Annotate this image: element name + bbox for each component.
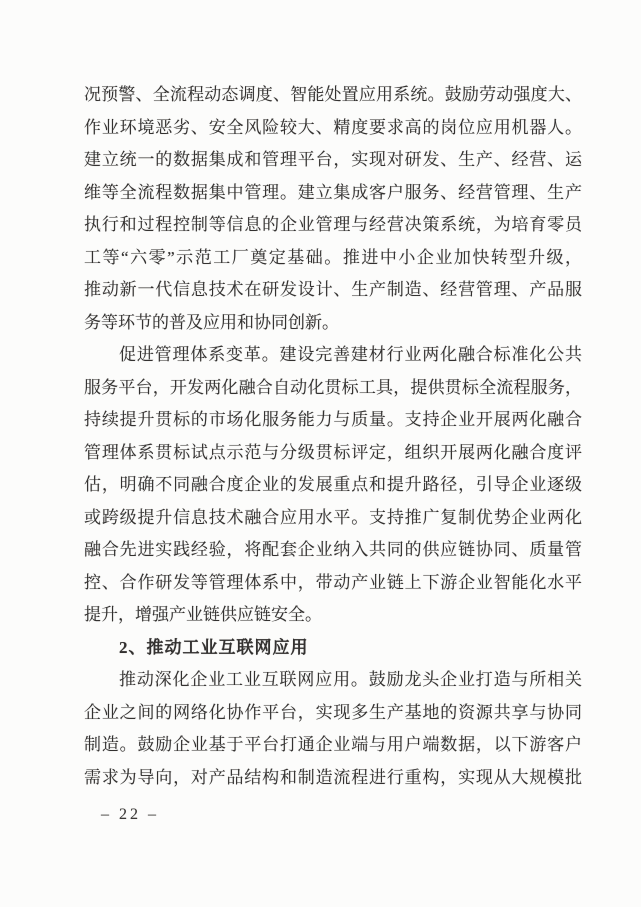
page-footer: – 22 – <box>101 806 159 824</box>
text-line: 务等环节的普及应用和协同创新。 <box>84 307 582 340</box>
text-line: 持续提升贯标的市场化服务能力与质量。支持企业开展两化融合 <box>84 404 582 437</box>
text-line: 制造。鼓励企业基于平台打通企业端与用户端数据，以下游客户 <box>84 729 582 762</box>
text-line: 推动新一代信息技术在研发设计、生产制造、经营管理、产品服 <box>84 274 582 307</box>
section-heading: 2、推动工业互联网应用 <box>84 632 582 665</box>
text-line: 建立统一的数据集成和管理平台，实现对研发、生产、经营、运 <box>84 144 582 177</box>
text-line: 推动深化企业工业互联网应用。鼓励龙头企业打造与所相关 <box>84 664 582 697</box>
text-line: 管理体系贯标试点示范与分级贯标评定，组织开展两化融合度评 <box>84 437 582 470</box>
text-line: 融合先进实践经验，将配套企业纳入共同的供应链协同、质量管 <box>84 534 582 567</box>
text-line: 执行和过程控制等信息的企业管理与经营决策系统，为培育零员 <box>84 209 582 242</box>
text-line: 提升，增强产业链供应链安全。 <box>84 599 582 632</box>
body-text: 况预警、全流程动态调度、智能处置应用系统。鼓励劳动强度大、作业环境恶劣、安全风险… <box>84 79 582 794</box>
document-page: 况预警、全流程动态调度、智能处置应用系统。鼓励劳动强度大、作业环境恶劣、安全风险… <box>0 0 641 907</box>
text-line: 或跨级提升信息技术融合应用水平。支持推广复制优势企业两化 <box>84 502 582 535</box>
text-line: 需求为导向，对产品结构和制造流程进行重构，实现从大规模批 <box>84 762 582 795</box>
text-line: 估，明确不同融合度企业的发展重点和提升路径，引导企业逐级 <box>84 469 582 502</box>
text-line: 况预警、全流程动态调度、智能处置应用系统。鼓励劳动强度大、 <box>84 79 582 112</box>
text-line: 控、合作研发等管理体系中，带动产业链上下游企业智能化水平 <box>84 567 582 600</box>
text-line: 促进管理体系变革。建设完善建材行业两化融合标准化公共 <box>84 339 582 372</box>
text-line: 维等全流程数据集中管理。建立集成客户服务、经营管理、生产 <box>84 177 582 210</box>
text-line: 服务平台，开发两化融合自动化贯标工具，提供贯标全流程服务， <box>84 372 582 405</box>
text-line: 企业之间的网络化协作平台，实现多生产基地的资源共享与协同 <box>84 697 582 730</box>
text-line: 作业环境恶劣、安全风险较大、精度要求高的岗位应用机器人。 <box>84 112 582 145</box>
text-line: 工等“六零”示范工厂奠定基础。推进中小企业加快转型升级， <box>84 242 582 275</box>
page-number: – 22 – <box>101 806 159 823</box>
